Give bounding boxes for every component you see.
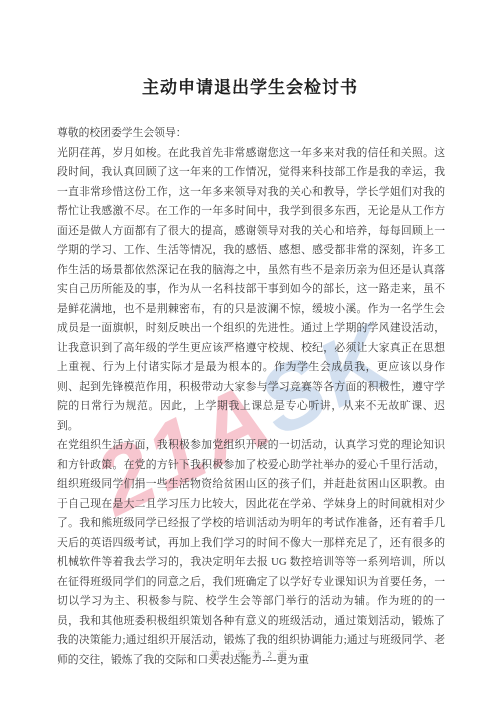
page-title: 主动申请退出学生会检讨书 <box>0 73 500 98</box>
paragraph: 在党组织生活方面，我积极参加党组织开展的一切活动，认真学习党的理论知识和方针政策… <box>57 436 445 670</box>
paragraph: 光阴荏苒，岁月如梭。在此我首先非常感谢您这一年多来对我的信任和关照。这段时间，我… <box>57 144 445 437</box>
salutation-line: 尊敬的校团委学生会领导： <box>57 124 445 144</box>
document-page: 21ASK 主动申请退出学生会检讨书 尊敬的校团委学生会领导： 光阴荏苒，岁月如… <box>0 0 500 706</box>
document-body: 尊敬的校团委学生会领导： 光阴荏苒，岁月如梭。在此我首先非常感谢您这一年多来对我… <box>57 124 445 670</box>
page-number: 第 1 页 共 2 页 <box>0 648 500 661</box>
